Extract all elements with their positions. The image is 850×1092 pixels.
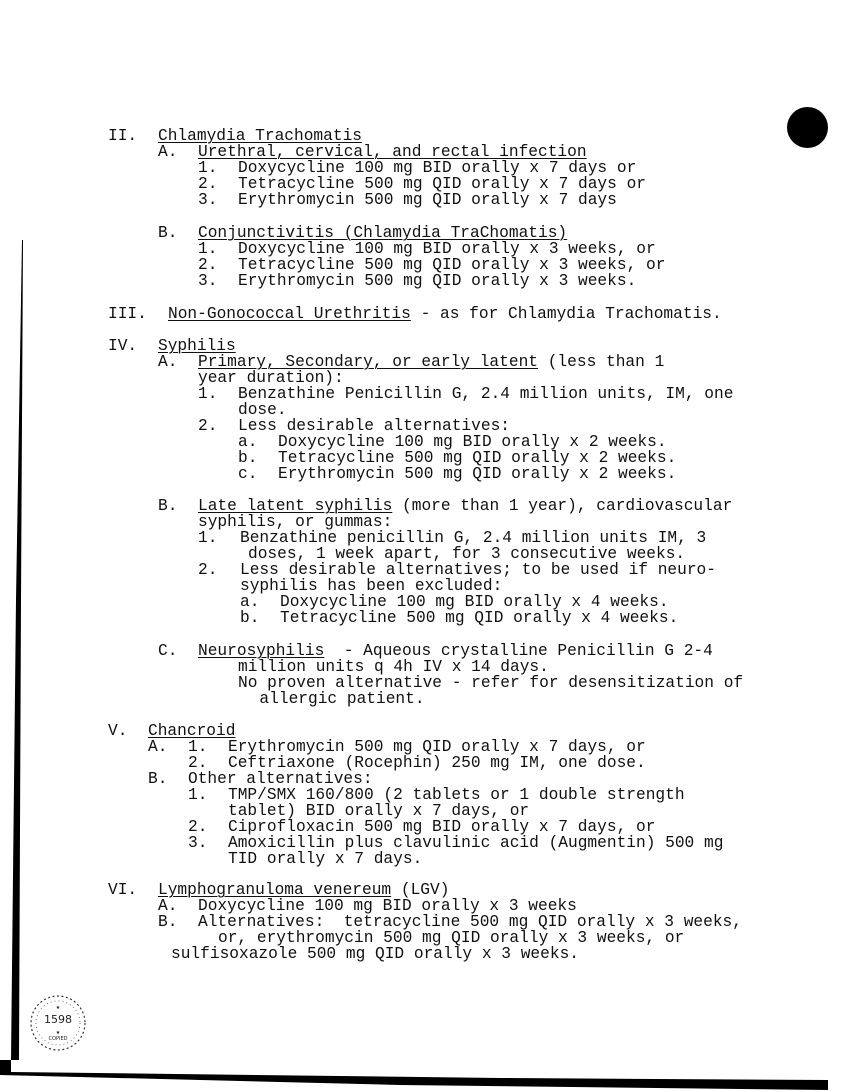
- section-iv-b-cont: syphilis, or gummas:: [198, 514, 392, 530]
- item-number: 3.: [198, 192, 217, 208]
- section-v-title: Chancroid: [148, 723, 235, 739]
- sub-item-letter: c.: [238, 466, 257, 482]
- treatment-item-cont: TID orally x 7 days.: [228, 851, 422, 867]
- item-number: 2.: [188, 819, 207, 835]
- treatment-item-cont: dose.: [238, 402, 287, 418]
- section-iv-c-letter: C.: [158, 643, 177, 659]
- treatment-item: TMP/SMX 160/800 (2 tablets or 1 double s…: [228, 787, 685, 803]
- item-number: 1.: [188, 787, 207, 803]
- sub-item: Doxycycline 100 mg BID orally x 2 weeks.: [278, 434, 667, 450]
- punch-hole-dot: [787, 107, 828, 148]
- treatment-item-cont: tablet) BID orally x 7 days, or: [228, 803, 529, 819]
- section-ii-numeral: II.: [108, 128, 137, 144]
- section-v-b-letter: B.: [148, 771, 167, 787]
- section-iv-b-rest: (more than 1 year), cardiovascular: [392, 497, 732, 515]
- section-iv-c-line: No proven alternative - refer for desens…: [238, 675, 743, 691]
- section-v-a-letter: A.: [148, 739, 167, 755]
- section-ii-a-letter: A.: [158, 144, 177, 160]
- item-number: 1.: [198, 160, 217, 176]
- scan-edge-line: [0, 0, 30, 1092]
- treatment-item: Tetracycline 500 mg QID orally x 7 days …: [238, 176, 646, 192]
- svg-text:★: ★: [56, 1004, 61, 1012]
- section-iii-rest: - as for Chlamydia Trachomatis.: [411, 305, 722, 323]
- section-iv-a-rest: (less than 1: [538, 353, 664, 371]
- treatment-item-cont: doses, 1 week apart, for 3 consecutive w…: [248, 546, 685, 562]
- section-iv-a-letter: A.: [158, 354, 177, 370]
- stamp-number: 1598: [27, 1014, 89, 1026]
- item-number: 2.: [198, 562, 217, 578]
- section-ii-title: Chlamydia Trachomatis: [158, 128, 362, 144]
- section-ii-b-letter: B.: [158, 225, 177, 241]
- section-iv-numeral: IV.: [108, 338, 137, 354]
- section-iv-a-cont: year duration):: [198, 370, 344, 386]
- section-iii-heading: Non-Gonococcal Urethritis - as for Chlam…: [168, 306, 722, 322]
- section-iv-b-letter: B.: [158, 498, 177, 514]
- treatment-item-cont: syphilis has been excluded:: [240, 578, 502, 594]
- scan-bottom-bar: [0, 1060, 850, 1092]
- treatment-item: Tetracycline 500 mg QID orally x 3 weeks…: [238, 257, 665, 273]
- item-number: 1.: [198, 386, 217, 402]
- section-iv-title: Syphilis: [158, 338, 236, 354]
- treatment-item-cont: or, erythromycin 500 mg QID orally x 3 w…: [218, 930, 684, 946]
- section-iv-a-heading: Primary, Secondary, or early latent (les…: [198, 354, 664, 370]
- treatment-item: Erythromycin 500 mg QID orally x 7 days: [238, 192, 617, 208]
- sub-item: Tetracycline 500 mg QID orally x 2 weeks…: [278, 450, 676, 466]
- treatment-item: Benzathine penicillin G, 2.4 million uni…: [240, 530, 706, 546]
- treatment-item: Erythromycin 500 mg QID orally x 7 days,…: [228, 739, 646, 755]
- item-number: 2.: [198, 176, 217, 192]
- sub-item: Erythromycin 500 mg QID orally x 2 weeks…: [278, 466, 676, 482]
- copied-stamp: ★ ★ 1598 COPIED: [27, 992, 89, 1054]
- section-ii-b-title: Conjunctivitis (Chlamydia TraChomatis): [198, 225, 567, 241]
- treatment-item-cont: sulfisoxazole 500 mg QID orally x 3 week…: [171, 946, 579, 962]
- item-number: 1.: [198, 530, 217, 546]
- section-ii-a-title: Urethral, cervical, and rectal infection: [198, 144, 587, 160]
- item-number: 3.: [198, 273, 217, 289]
- item-number: 1.: [188, 739, 207, 755]
- item-number: 1.: [198, 241, 217, 257]
- sub-item-letter: b.: [238, 450, 257, 466]
- section-v-numeral: V.: [108, 723, 127, 739]
- section-iv-b-heading: Late latent syphilis (more than 1 year),…: [198, 498, 732, 514]
- section-iv-c-line: million units q 4h IV x 14 days.: [238, 659, 549, 675]
- section-vi-heading: Lymphogranuloma venereum (LGV): [158, 882, 449, 898]
- section-vi-numeral: VI.: [108, 882, 137, 898]
- section-vi-b-letter: B.: [158, 914, 177, 930]
- sub-item-letter: a.: [238, 434, 257, 450]
- treatment-item: Less desirable alternatives; to be used …: [240, 562, 716, 578]
- section-iii-title: Non-Gonococcal Urethritis: [168, 305, 411, 323]
- section-v-b-title: Other alternatives:: [188, 771, 373, 787]
- section-iv-c-heading: Neurosyphilis - Aqueous crystalline Peni…: [198, 643, 713, 659]
- section-iii-numeral: III.: [108, 306, 147, 322]
- item-number: 3.: [188, 835, 207, 851]
- treatment-item: Less desirable alternatives:: [238, 418, 510, 434]
- treatment-item: Doxycycline 100 mg BID orally x 3 weeks,…: [238, 241, 656, 257]
- section-iv-c-line: allergic patient.: [240, 691, 425, 707]
- treatment-item: Erythromycin 500 mg QID orally x 3 weeks…: [238, 273, 636, 289]
- sub-item: Tetracycline 500 mg QID orally x 4 weeks…: [280, 610, 678, 626]
- sub-item-letter: a.: [240, 594, 259, 610]
- item-number: 2.: [188, 755, 207, 771]
- treatment-item: Doxycycline 100 mg BID orally x 7 days o…: [238, 160, 636, 176]
- item-number: 2.: [198, 257, 217, 273]
- item-number: 2.: [198, 418, 217, 434]
- sub-item: Doxycycline 100 mg BID orally x 4 weeks.: [280, 594, 669, 610]
- treatment-item: Doxycycline 100 mg BID orally x 3 weeks: [198, 898, 577, 914]
- stamp-label: COPIED: [27, 1036, 89, 1042]
- sub-item-letter: b.: [240, 610, 259, 626]
- treatment-item: Amoxicillin plus clavulinic acid (Augmen…: [228, 835, 723, 851]
- treatment-item: Ceftriaxone (Rocephin) 250 mg IM, one do…: [228, 755, 646, 771]
- treatment-item: Alternatives: tetracycline 500 mg QID or…: [198, 914, 742, 930]
- section-vi-a-letter: A.: [158, 898, 177, 914]
- treatment-item: Benzathine Penicillin G, 2.4 million uni…: [238, 386, 733, 402]
- treatment-item: Ciprofloxacin 500 mg BID orally x 7 days…: [228, 819, 655, 835]
